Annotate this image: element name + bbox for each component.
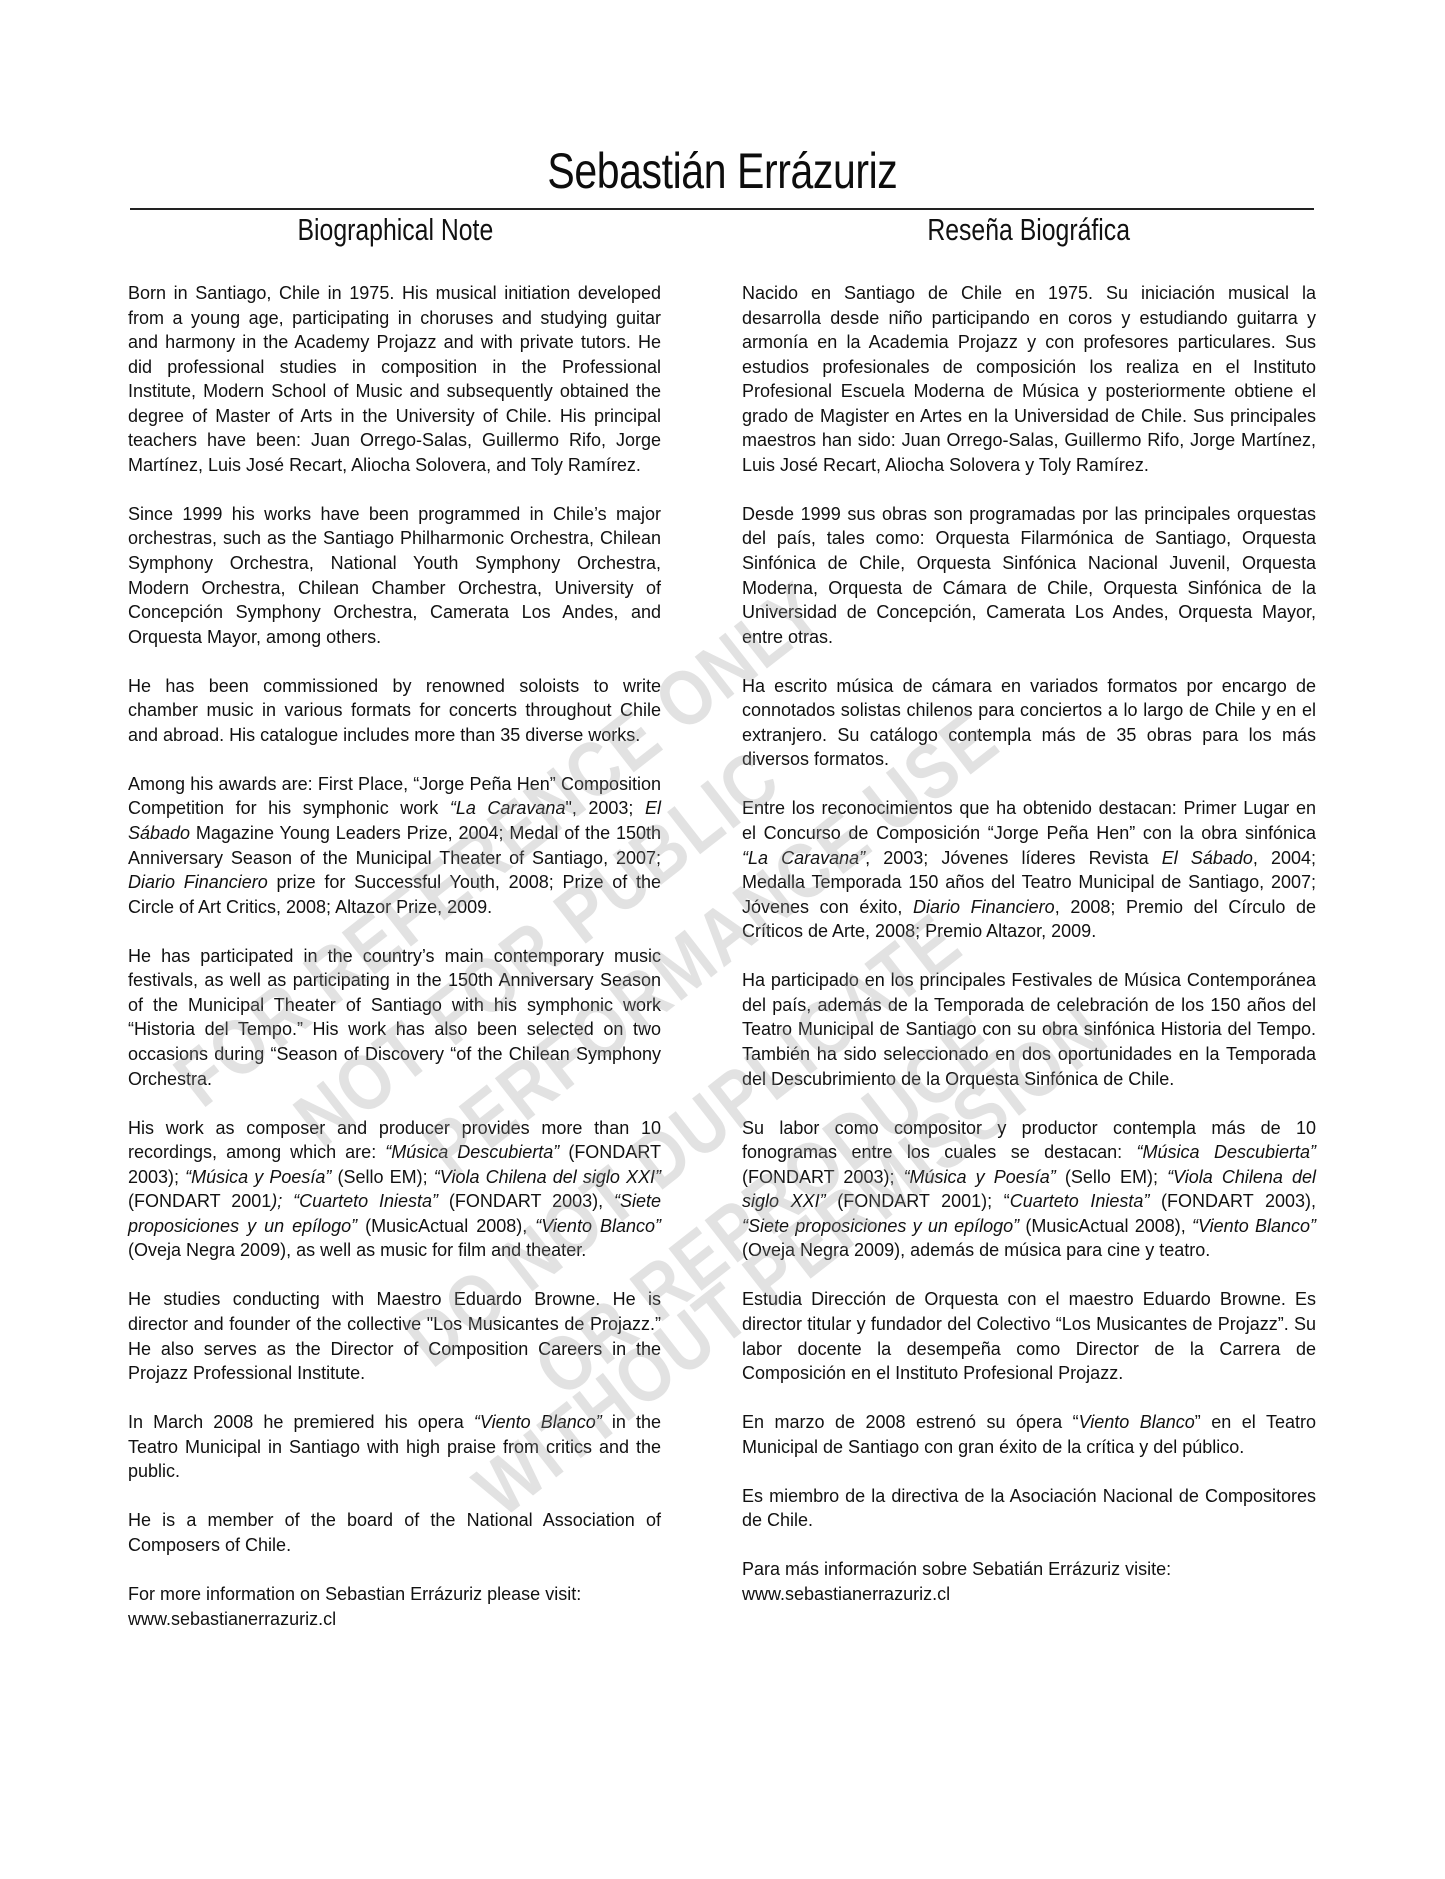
english-paragraph-recordings: His work as composer and producer provid… xyxy=(128,1116,661,1263)
text-run: (FONDART 2003), xyxy=(1149,1191,1316,1211)
text-run: (FONDART 2001 xyxy=(128,1191,271,1211)
italic-run: “Viento Blanco” xyxy=(474,1412,602,1432)
italic-run: “Música y Poesía” xyxy=(904,1167,1056,1187)
english-paragraph-commissions: He has been commissioned by renowned sol… xyxy=(128,674,661,748)
text-run: (Sello EM); xyxy=(1056,1167,1167,1187)
english-column: Born in Santiago, Chile in 1975. His mus… xyxy=(128,281,661,1656)
text-run: (MusicActual 2008), xyxy=(357,1216,535,1236)
spanish-paragraph-awards: Entre los reconocimientos que ha obtenid… xyxy=(742,796,1316,943)
spanish-paragraph-more-info: Para más información sobre Sebatián Errá… xyxy=(742,1557,1316,1606)
italic-run: Viento Blanco xyxy=(1079,1412,1195,1432)
spanish-paragraph-conducting: Estudia Dirección de Orquesta con el mae… xyxy=(742,1287,1316,1385)
english-paragraph-awards: Among his awards are: First Place, “Jorg… xyxy=(128,772,661,919)
spanish-paragraph-commissions: Ha escrito música de cámara en variados … xyxy=(742,674,1316,772)
page-title-text: Sebastián Errázuriz xyxy=(548,143,898,199)
text-run: ", 2003; xyxy=(565,798,645,818)
text-run: (Sello EM); xyxy=(331,1167,433,1187)
document-page: Sebastián Errázuriz Biographical Note Re… xyxy=(0,0,1445,1879)
italic-run: “Música Descubierta” xyxy=(385,1142,559,1162)
more-info-text: Para más información sobre Sebatián Errá… xyxy=(742,1559,1171,1579)
english-paragraph-birth: Born in Santiago, Chile in 1975. His mus… xyxy=(128,281,661,477)
italic-run: Diario Financiero xyxy=(128,872,268,892)
text-run: Magazine Young Leaders Prize, 2004; Meda… xyxy=(128,823,661,868)
more-info-text: For more information on Sebastian Errázu… xyxy=(128,1584,581,1604)
spanish-paragraph-birth: Nacido en Santiago de Chile en 1975. Su … xyxy=(742,281,1316,477)
spanish-heading: Reseña Biográfica xyxy=(742,210,1316,250)
text-run: (FONDART 2001); “ xyxy=(826,1191,1010,1211)
text-run: (FONDART 2003), xyxy=(438,1191,614,1211)
page-title: Sebastián Errázuriz xyxy=(0,143,1445,199)
italic-run: “Viento Blanco” xyxy=(1192,1216,1316,1236)
english-heading: Biographical Note xyxy=(130,210,660,250)
text-run: (MusicActual 2008), xyxy=(1019,1216,1192,1236)
english-paragraph-festivals: He has participated in the country’s mai… xyxy=(128,944,661,1091)
text-run: , 2003; Jóvenes líderes Revista xyxy=(865,848,1162,868)
text-run: (Oveja Negra 2009), además de música par… xyxy=(742,1240,1210,1260)
italic-run: Diario Financiero xyxy=(913,897,1055,917)
website-link[interactable]: www.sebastianerrazuriz.cl xyxy=(128,1609,336,1629)
spanish-paragraph-opera: En marzo de 2008 estrenó su ópera “Vient… xyxy=(742,1410,1316,1459)
italic-run: “La Caravana xyxy=(450,798,566,818)
spanish-paragraph-festivals: Ha participado en los principales Festiv… xyxy=(742,968,1316,1091)
english-paragraph-conducting: He studies conducting with Maestro Eduar… xyxy=(128,1287,661,1385)
italic-run: “Viola Chilena del siglo XXI” xyxy=(434,1167,661,1187)
spanish-paragraph-association: Es miembro de la directiva de la Asociac… xyxy=(742,1484,1316,1533)
text-run: Entre los reconocimientos que ha obtenid… xyxy=(742,798,1316,843)
english-paragraph-more-info: For more information on Sebastian Errázu… xyxy=(128,1582,661,1631)
italic-run: “Siete proposiciones y un epílogo” xyxy=(742,1216,1019,1236)
italic-run: Cuarteto Iniesta” xyxy=(1010,1191,1150,1211)
spanish-column: Nacido en Santiago de Chile en 1975. Su … xyxy=(742,281,1316,1631)
english-heading-text: Biographical Note xyxy=(297,210,493,250)
text-run: In March 2008 he premiered his opera xyxy=(128,1412,474,1432)
website-link[interactable]: www.sebastianerrazuriz.cl xyxy=(742,1584,950,1604)
english-paragraph-association: He is a member of the board of the Natio… xyxy=(128,1508,661,1557)
text-run: (FONDART 2003); xyxy=(742,1167,904,1187)
spanish-heading-text: Reseña Biográfica xyxy=(928,210,1131,250)
italic-run: “La Caravana” xyxy=(742,848,865,868)
italic-run: “Música Descubierta” xyxy=(1137,1142,1316,1162)
spanish-paragraph-orchestras: Desde 1999 sus obras son programadas por… xyxy=(742,502,1316,649)
text-run: (Oveja Negra 2009), as well as music for… xyxy=(128,1240,586,1260)
english-paragraph-orchestras: Since 1999 his works have been programme… xyxy=(128,502,661,649)
italic-run: ); “Cuarteto Iniesta” xyxy=(271,1191,438,1211)
text-run: En marzo de 2008 estrenó su ópera “ xyxy=(742,1412,1079,1432)
english-paragraph-opera: In March 2008 he premiered his opera “Vi… xyxy=(128,1410,661,1484)
italic-run: El Sábado xyxy=(1162,848,1253,868)
spanish-paragraph-recordings: Su labor como compositor y productor con… xyxy=(742,1116,1316,1263)
italic-run: “Música y Poesía” xyxy=(185,1167,331,1187)
italic-run: “Viento Blanco” xyxy=(535,1216,661,1236)
